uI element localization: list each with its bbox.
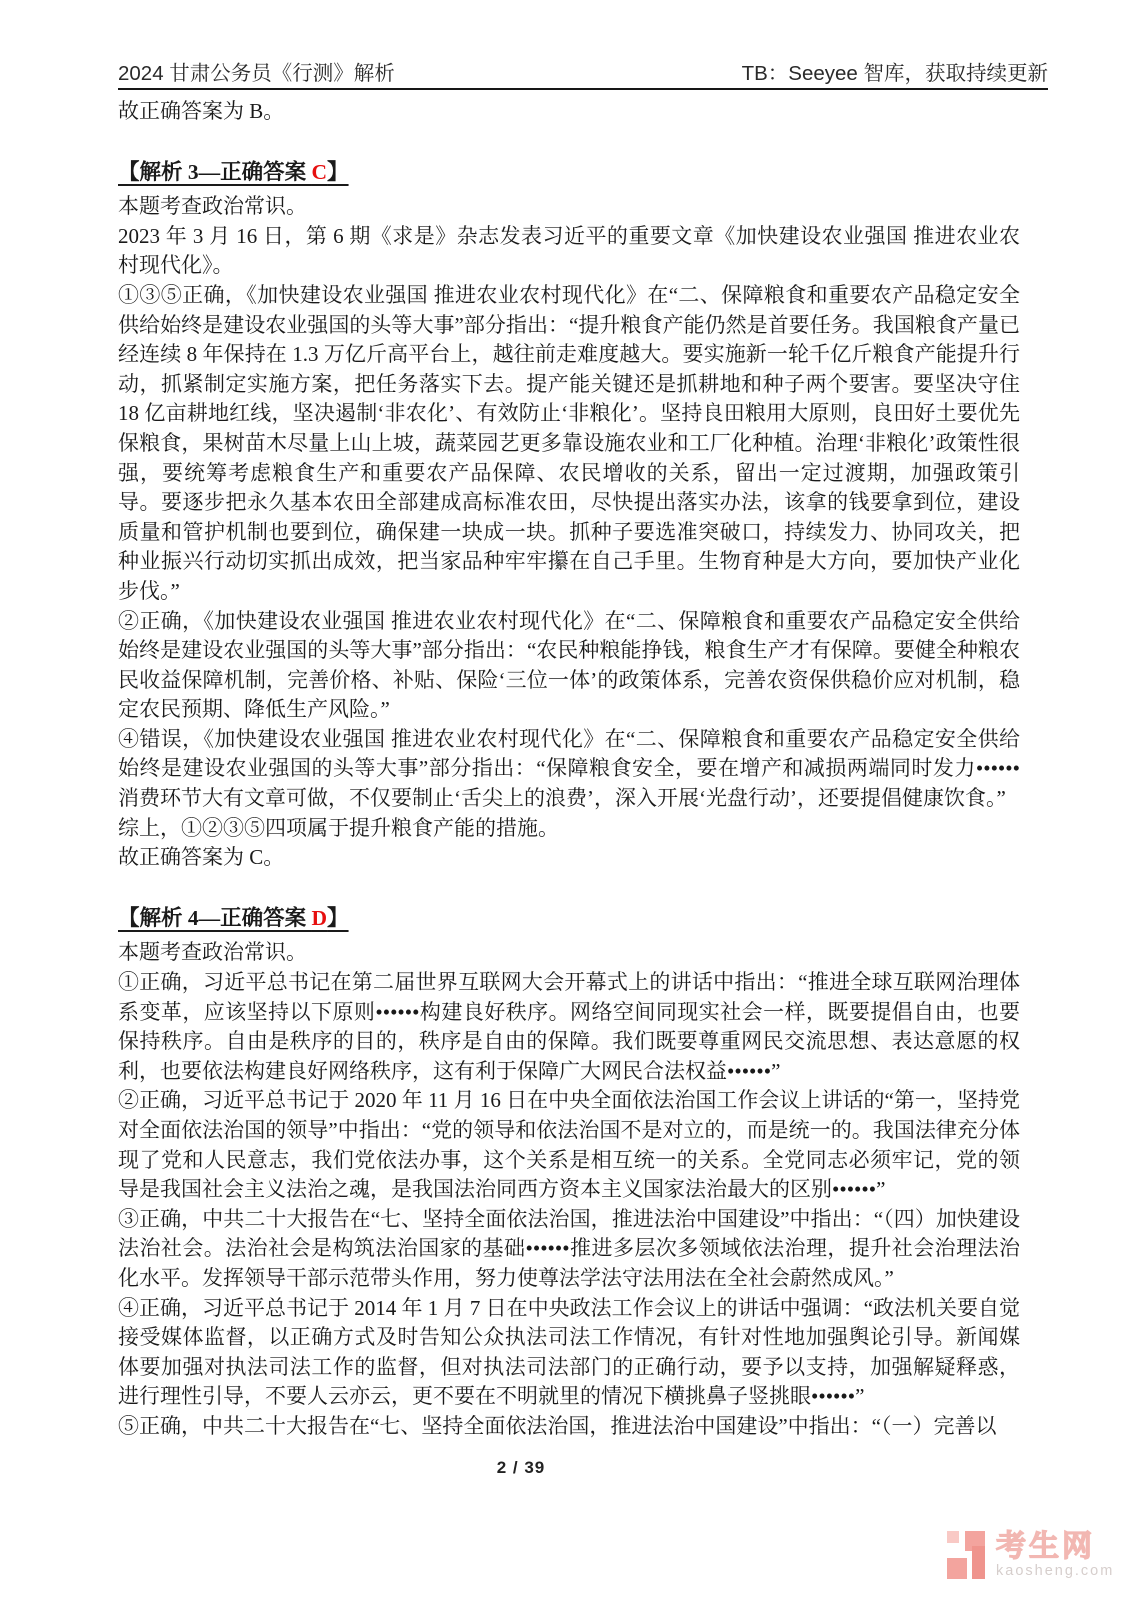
watermark-site-domain: kaosheng.com: [996, 1564, 1114, 1579]
section-3-heading-prefix: 【解析 3—正确答案: [118, 160, 312, 184]
section-4-heading-suffix: 】: [327, 906, 349, 930]
s4-paragraph-item-5: ⑤正确，中共二十大报告在“七、坚持全面依法治国，推进法治中国建设”中指出：“（一…: [118, 1412, 1020, 1442]
s3-paragraph-items-135: ①③⑤正确，《加快建设农业强国 推进农业农村现代化》在“二、保障粮食和重要农产品…: [118, 281, 1020, 607]
s4-paragraph-topic: 本题考查政治常识。: [118, 938, 1020, 968]
s4-paragraph-item-2: ②正确，习近平总书记于 2020 年 11 月 16 日在中央全面依法治国工作会…: [118, 1086, 1020, 1204]
s3-paragraph-item-4: ④错误，《加快建设农业强国 推进农业农村现代化》在“二、保障粮食和重要农产品稳定…: [118, 725, 1020, 814]
header-title: 2024 甘肃公务员《行测》解析: [118, 56, 395, 86]
page-header: 2024 甘肃公务员《行测》解析 TB：Seeyee 智库，获取持续更新: [118, 56, 1048, 86]
s3-paragraph-topic: 本题考查政治常识。: [118, 192, 1020, 222]
header-source-note: TB：Seeyee 智库，获取持续更新: [742, 56, 1048, 86]
watermark-site-name: 考生网: [996, 1531, 1114, 1563]
kaosheng-logo-icon: [947, 1531, 987, 1582]
section-4-heading: 【解析 4—正确答案 D】: [118, 904, 1020, 934]
page-number: 2 / 39: [481, 1458, 561, 1478]
s4-paragraph-item-1: ①正确，习近平总书记在第二届世界互联网大会开幕式上的讲话中指出：“推进全球互联网…: [118, 968, 1020, 1086]
section-4-answer-letter: D: [312, 906, 328, 930]
section-3-heading-suffix: 】: [327, 160, 349, 184]
header-rule: [118, 88, 1048, 90]
section-3-answer-letter: C: [312, 160, 328, 184]
s3-paragraph-answer: 故正确答案为 C。: [118, 843, 1020, 873]
watermark-text: 考生网 kaosheng.com: [996, 1531, 1114, 1579]
section-4-heading-prefix: 【解析 4—正确答案: [118, 906, 312, 930]
document-page: 2024 甘肃公务员《行测》解析 TB：Seeyee 智库，获取持续更新 故正确…: [0, 0, 1131, 1600]
s3-paragraph-source: 2023 年 3 月 16 日，第 6 期《求是》杂志发表习近平的重要文章《加快…: [118, 222, 1020, 281]
answer-line-b: 故正确答案为 B。: [118, 97, 1020, 127]
section-3-heading: 【解析 3—正确答案 C】: [118, 158, 1020, 188]
document-body: 故正确答案为 B。 【解析 3—正确答案 C】 本题考查政治常识。 2023 年…: [118, 97, 1020, 1442]
s3-paragraph-item-2: ②正确，《加快建设农业强国 推进农业农村现代化》在“二、保障粮食和重要农产品稳定…: [118, 607, 1020, 725]
s3-paragraph-summary: 综上，①②③⑤四项属于提升粮食产能的措施。: [118, 814, 1020, 844]
s4-paragraph-item-4: ④正确，习近平总书记于 2014 年 1 月 7 日在中央政法工作会议上的讲话中…: [118, 1294, 1020, 1412]
s4-paragraph-item-3: ③正确，中共二十大报告在“七、坚持全面依法治国，推进法治中国建设”中指出：“（四…: [118, 1205, 1020, 1294]
kaosheng-watermark: 考生网 kaosheng.com: [947, 1531, 1114, 1582]
